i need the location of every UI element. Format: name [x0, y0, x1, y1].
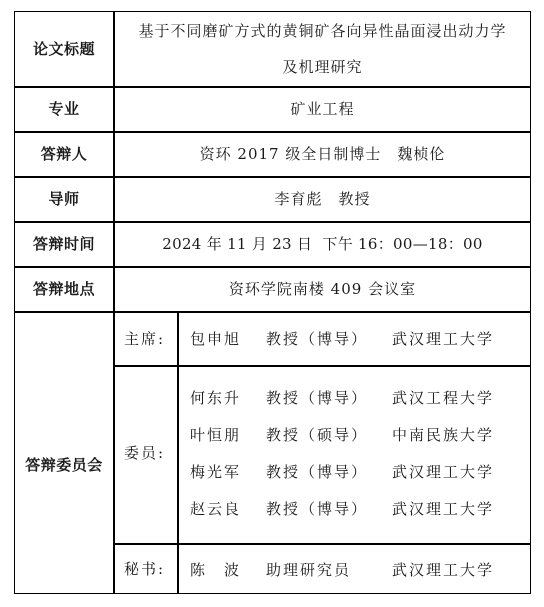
member-name: 梅光军 — [190, 461, 266, 482]
member-org: 武汉理工大学 — [392, 559, 494, 580]
time-label: 答辩时间 — [14, 221, 114, 266]
location-value: 资环学院南楼 409 会议室 — [114, 266, 531, 311]
member-org: 武汉理工大学 — [392, 498, 494, 519]
advisor-value: 李育彪 教授 — [114, 176, 531, 221]
member-title: 教授（博导） — [266, 498, 392, 519]
member-name: 陈 波 — [190, 559, 266, 580]
member-title: 教授（博导） — [266, 328, 392, 349]
members-role: 委员: — [114, 420, 178, 484]
title-line-2: 及机理研究 — [282, 49, 362, 85]
committee-label: 答辩委员会 — [14, 311, 114, 594]
time-value: 2024 年 11 月 23 日 下午 16：00—18：00 — [114, 221, 531, 266]
member-org: 武汉理工大学 — [392, 328, 494, 349]
secretary-role: 秘书: — [114, 543, 178, 594]
defender-label: 答辩人 — [14, 131, 114, 176]
member-title: 教授（博导） — [266, 461, 392, 482]
committee-member: 赵云良 教授（博导） 武汉理工大学 — [190, 498, 494, 519]
member-org: 武汉理工大学 — [392, 461, 494, 482]
defender-value: 资环 2017 级全日制博士 魏桢伦 — [114, 131, 531, 176]
member-title: 教授（博导） — [266, 387, 392, 408]
committee-member: 梅光军 教授（博导） 武汉理工大学 — [190, 461, 494, 482]
title-value: 基于不同磨矿方式的黄铜矿各向异性晶面浸出动力学 及机理研究 — [114, 11, 531, 86]
major-label: 专业 — [14, 86, 114, 131]
title-label: 论文标题 — [14, 11, 114, 86]
member-name: 包申旭 — [190, 328, 266, 349]
member-org: 武汉工程大学 — [392, 387, 494, 408]
committee-member: 何东升 教授（博导） 武汉工程大学 — [190, 387, 494, 408]
secretary-member: 陈 波 助理研究员 武汉理工大学 — [190, 559, 494, 580]
chair-role: 主席: — [114, 311, 178, 365]
location-label: 答辩地点 — [14, 266, 114, 311]
title-line-1: 基于不同磨矿方式的黄铜矿各向异性晶面浸出动力学 — [138, 13, 506, 49]
member-name: 赵云良 — [190, 498, 266, 519]
member-title: 助理研究员 — [266, 559, 392, 580]
member-name: 何东升 — [190, 387, 266, 408]
chair-member: 包申旭 教授（博导） 武汉理工大学 — [190, 328, 494, 349]
committee-member: 叶恒朋 教授（硕导） 中南民族大学 — [190, 424, 494, 445]
member-org: 中南民族大学 — [392, 424, 494, 445]
major-value: 矿业工程 — [114, 86, 531, 131]
member-name: 叶恒朋 — [190, 424, 266, 445]
advisor-label: 导师 — [14, 176, 114, 221]
member-title: 教授（硕导） — [266, 424, 392, 445]
